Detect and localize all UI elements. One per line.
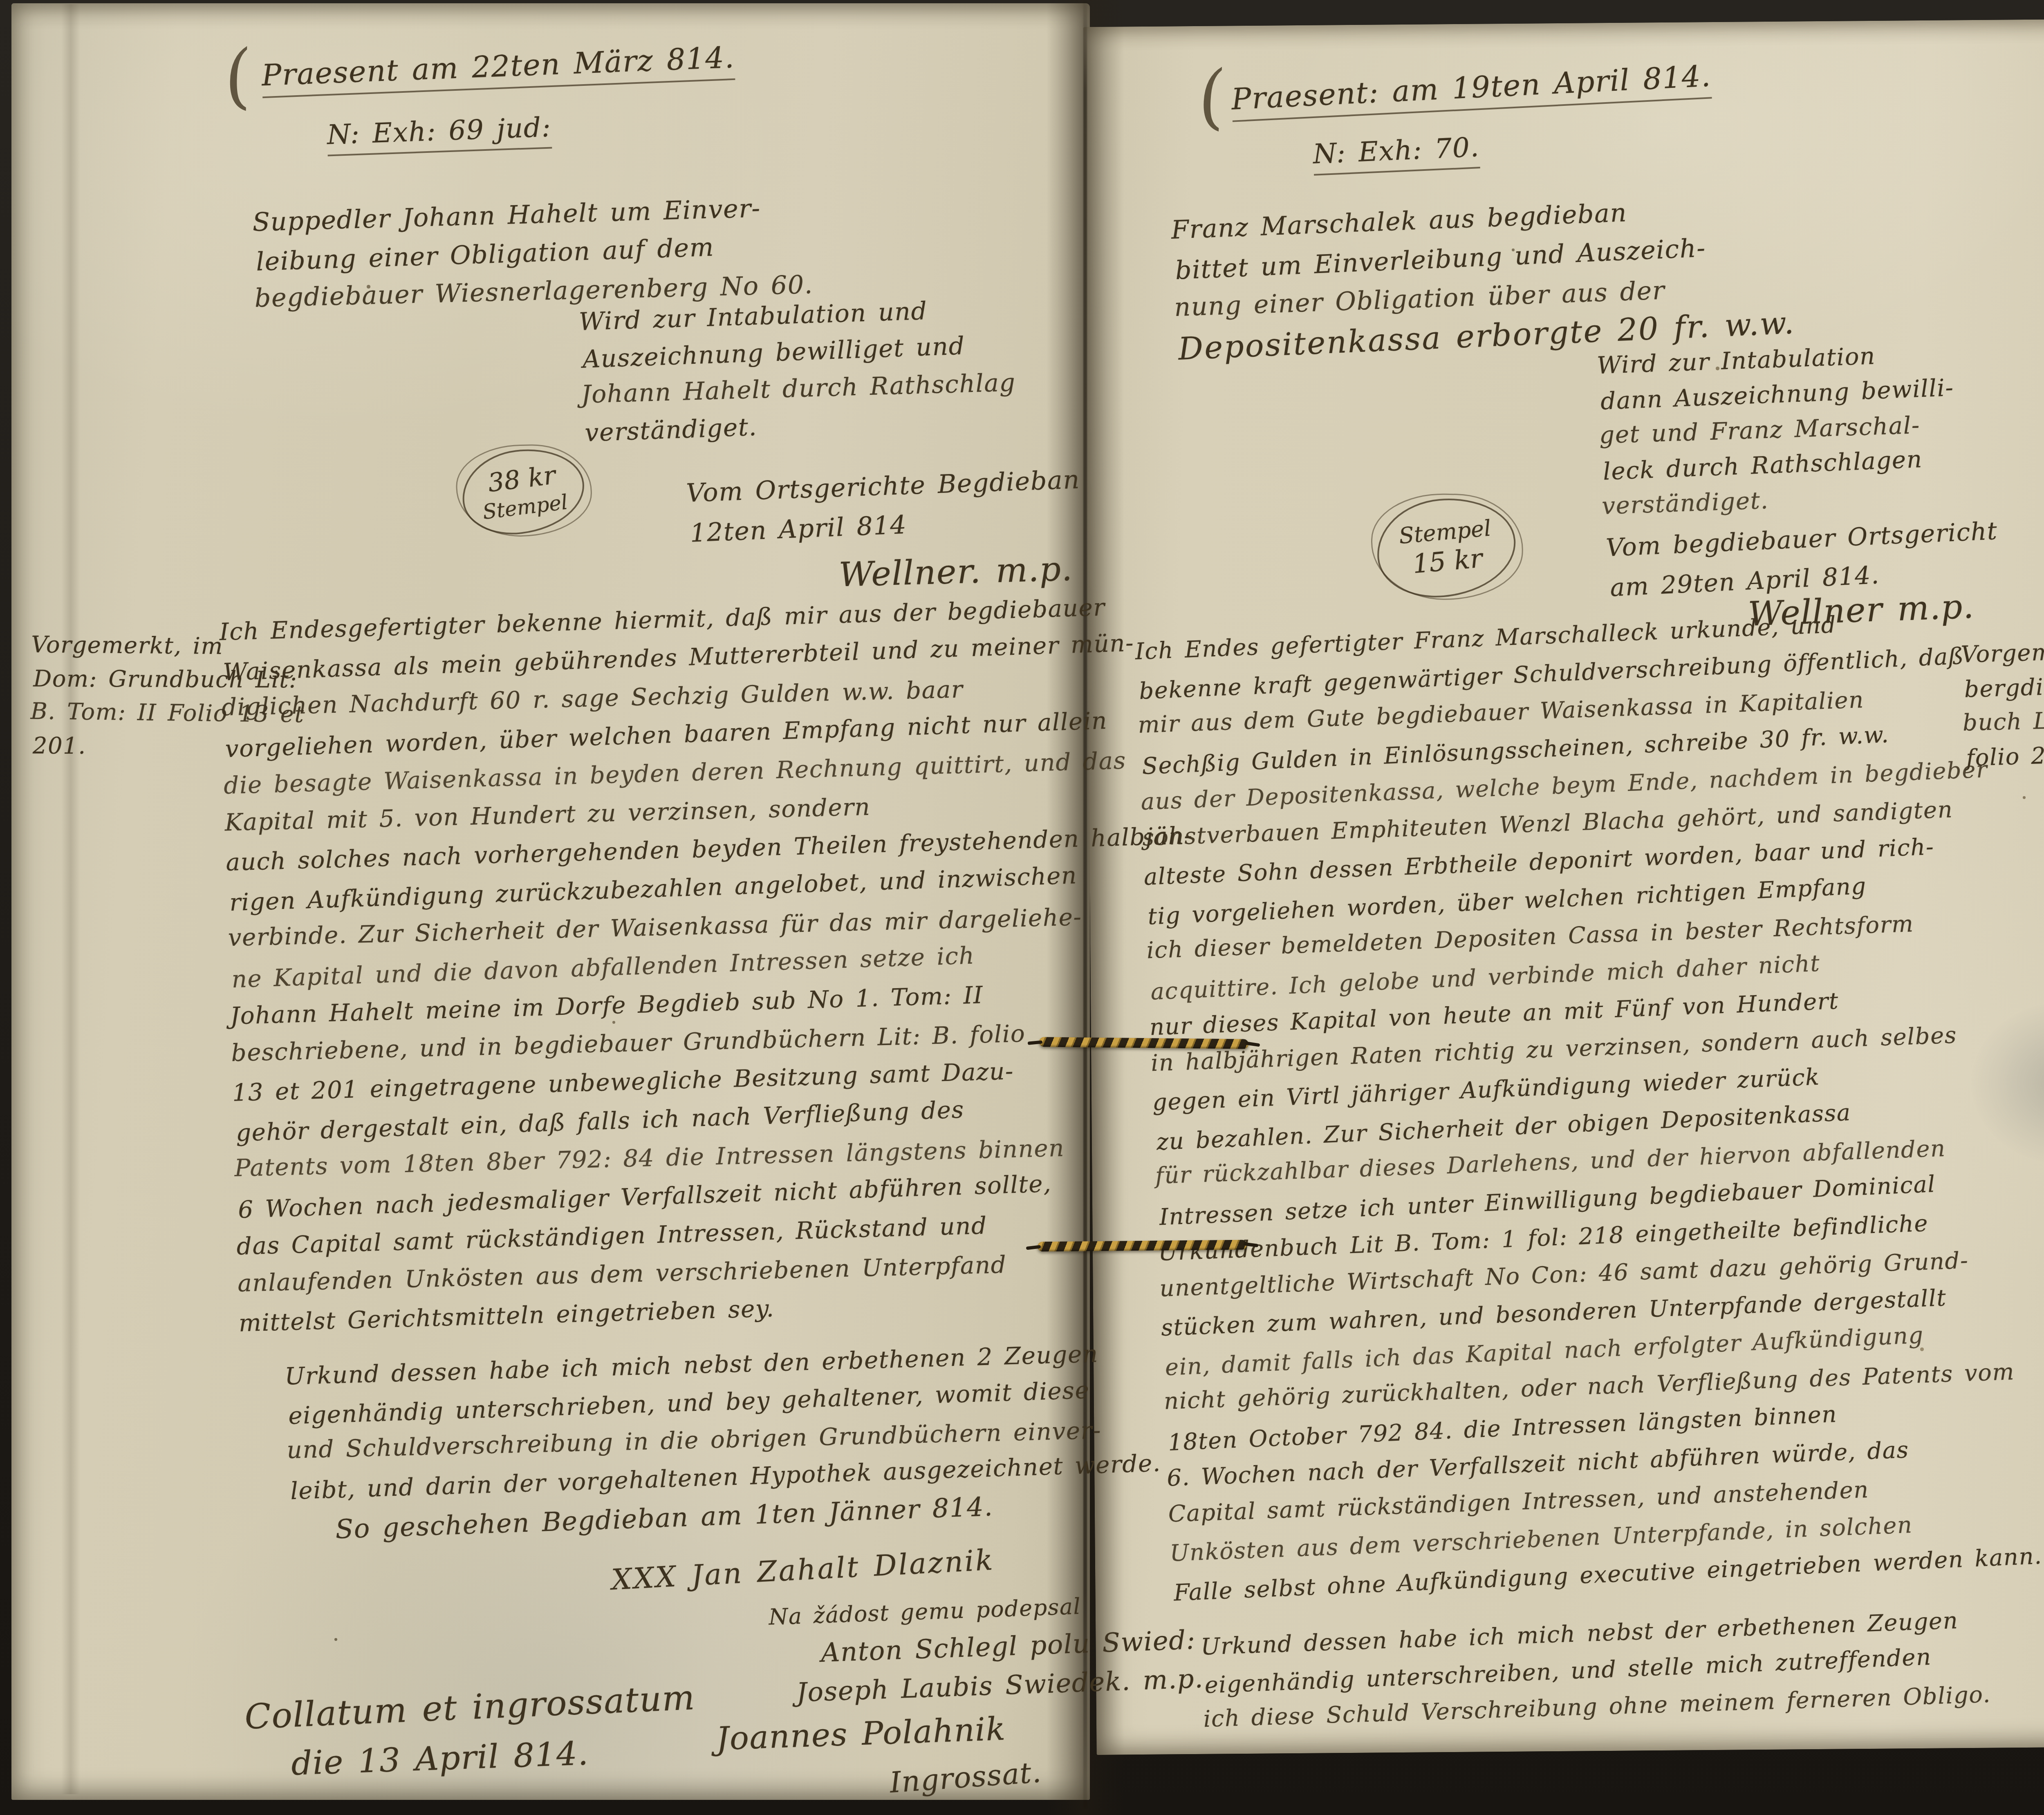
obligation-body-text: Ich Endesgefertigter bekenne hiermit, da… — [219, 589, 1085, 1342]
gutter-fold-line — [1083, 2, 1087, 1808]
fee-stamp-label: Stempel — [481, 490, 569, 524]
decree-text: Wird zur Intabulation undAuszeichnung be… — [578, 290, 1018, 450]
fee-amount: 38 kr — [486, 460, 557, 498]
manuscript-scan: 69. ( Praesent am 22ten März 814. N: Exh… — [0, 0, 2044, 1815]
decree-text: Wird zur Intabulationdann Auszeichnung b… — [1596, 336, 1956, 524]
fee-amount: 15 kr — [1411, 543, 1484, 580]
paper-crease — [61, 4, 80, 1794]
paper-specks — [0, 0, 1, 1]
exhibit-number-text: N: Exh: 69 jud: — [327, 111, 552, 156]
exhibit-number-text: N: Exh: 70. — [1312, 131, 1480, 176]
official-signature: Wellner. m.p. — [838, 550, 1073, 595]
court-issuance: Vom Ortsgerichte Begdieban12ten April 81… — [686, 460, 1082, 552]
fee-stamp-doodle: Stempel 15 kr — [1373, 493, 1520, 603]
exhibit-number-line: N: Exh: 70. — [1312, 131, 1480, 176]
petition-summary: Franz Marschalek aus begdiebanbittet um … — [1170, 187, 1793, 367]
binding-thread — [1038, 1240, 1247, 1251]
obligation-body-text: Ich Endes gefertigter Franz Marschalleck… — [1134, 595, 2044, 1610]
exhibit-number-line: N: Exh: 69 jud: — [327, 111, 552, 156]
fee-stamp-label: Stempel — [1398, 515, 1492, 548]
attestation-paragraph: Urkund dessen habe ich mich nebst den er… — [284, 1333, 1159, 1508]
